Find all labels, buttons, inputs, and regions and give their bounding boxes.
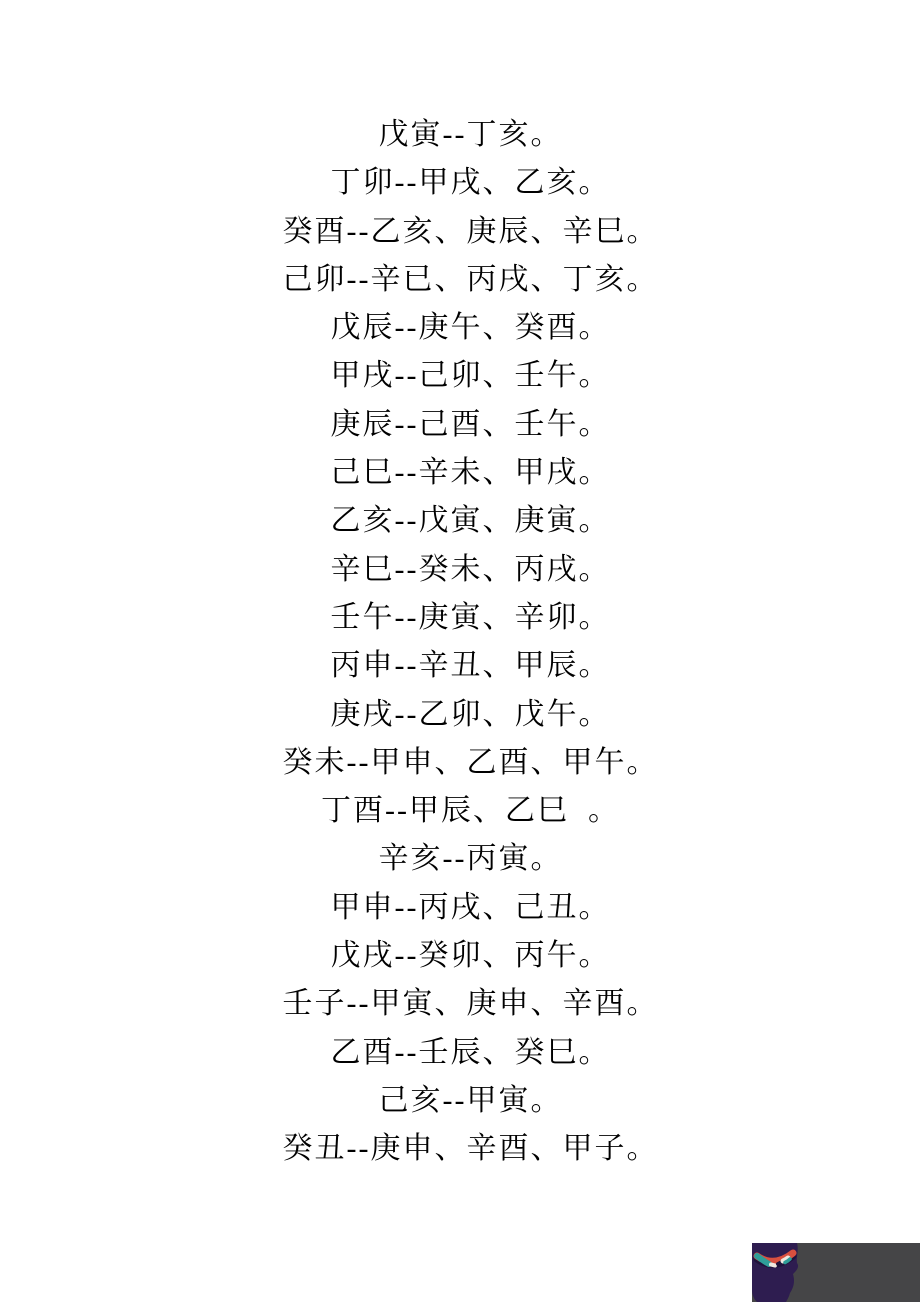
- text-line: 辛巳--癸未、丙戌。: [21, 546, 920, 594]
- text-line: 甲申--丙戌、己丑。: [21, 884, 920, 932]
- text-line: 乙酉--壬辰、癸巳。: [21, 1029, 920, 1077]
- footer-logo-graphic: [752, 1243, 920, 1302]
- document-text: 戊寅--丁亥。丁卯--甲戌、乙亥。癸酉--乙亥、庚辰、辛巳。己卯--辛已、丙戌、…: [21, 111, 920, 1174]
- text-line: 癸未--甲申、乙酉、甲午。: [21, 739, 920, 787]
- text-line: 庚辰--己酉、壬午。: [21, 401, 920, 449]
- footer-image: [752, 1243, 920, 1302]
- text-line: 己卯--辛已、丙戌、丁亥。: [21, 256, 920, 304]
- text-line: 丁酉--甲辰、乙巳 。: [21, 787, 920, 835]
- text-line: 癸丑--庚申、辛酉、甲子。: [21, 1125, 920, 1173]
- boat-segment-white-mid: [771, 1265, 775, 1266]
- text-line: 戊辰--庚午、癸酉。: [21, 304, 920, 352]
- text-line: 丙申--辛丑、甲辰。: [21, 642, 920, 690]
- text-line: 壬午--庚寅、辛卯。: [21, 594, 920, 642]
- text-line: 乙亥--戊寅、庚寅。: [21, 497, 920, 545]
- text-line: 戊寅--丁亥。: [21, 111, 920, 159]
- text-line: 甲戌--己卯、壬午。: [21, 352, 920, 400]
- text-line: 戊戌--癸卯、丙午。: [21, 932, 920, 980]
- text-line: 癸酉--乙亥、庚辰、辛巳。: [21, 208, 920, 256]
- text-line: 丁卯--甲戌、乙亥。: [21, 159, 920, 207]
- text-line: 己巳--辛未、甲戌。: [21, 449, 920, 497]
- boat-tip-dot: [790, 1251, 795, 1256]
- text-line: 己亥--甲寅。: [21, 1077, 920, 1125]
- text-line: 壬子--甲寅、庚申、辛酉。: [21, 980, 920, 1028]
- document-page: 戊寅--丁亥。丁卯--甲戌、乙亥。癸酉--乙亥、庚辰、辛巳。己卯--辛已、丙戌、…: [0, 0, 920, 1302]
- boat-segment-dark-mid: [778, 1263, 781, 1265]
- text-line: 辛亥--丙寅。: [21, 835, 920, 883]
- text-line: 庚戌--乙卯、戊午。: [21, 691, 920, 739]
